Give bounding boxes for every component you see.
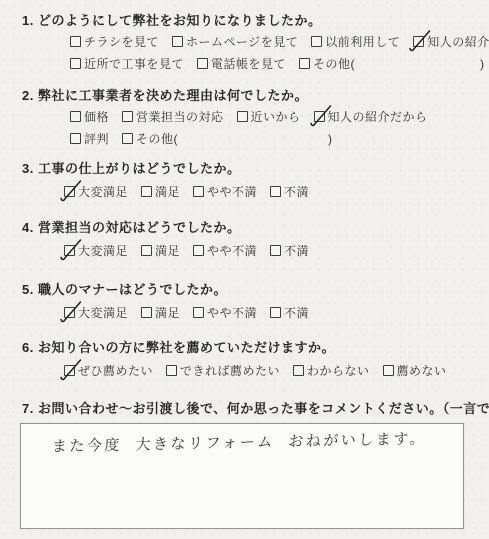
checkbox-icon — [270, 186, 281, 197]
question-3: 3. 工事の仕上がりはどうでしたか。大変満足満足やや不満不満 — [22, 160, 489, 201]
option-label: わからない — [307, 364, 370, 378]
checkbox-option: できれば薦めたい — [166, 364, 280, 378]
question-title: 1. どのようにして弊社をお知りになりましたか。 — [22, 12, 489, 29]
option-label: 営業担当の対応 — [136, 110, 224, 124]
checkbox-option: チラシを見て — [70, 35, 159, 49]
checkbox-icon — [237, 111, 248, 122]
option-label: 価格 — [84, 110, 109, 124]
question-title: 5. 職人のマナーはどうでしたか。 — [22, 281, 489, 298]
checkbox-option: わからない — [293, 364, 370, 378]
checkbox-icon — [64, 365, 75, 376]
checkbox-icon — [193, 186, 204, 197]
checkbox-icon — [70, 58, 81, 69]
option-label: 不満 — [284, 244, 309, 258]
checkbox-option: やや不満 — [193, 306, 257, 320]
checkbox-icon — [70, 36, 81, 47]
scanned-survey-page: 1. どのようにして弊社をお知りになりましたか。チラシを見てホームページを見て以… — [0, 0, 489, 539]
option-label: 近いから — [251, 110, 301, 124]
question-title: 6. お知り合いの方に弊社を薦めていただけますか。 — [22, 339, 489, 356]
question-number: 5. — [22, 282, 34, 297]
option-label: その他( ) — [313, 57, 485, 71]
checkbox-icon — [141, 186, 152, 197]
option-label: ホームページを見て — [186, 35, 298, 49]
checkbox-option: 近所で工事を見て — [70, 57, 184, 71]
question-title: 7. お問い合わせ～お引渡し後で、何か思った事をコメントください。（一言でも可） — [22, 400, 489, 417]
checkbox-icon — [270, 245, 281, 256]
checkbox-icon — [141, 307, 152, 318]
checkbox-icon — [193, 245, 204, 256]
options-row: チラシを見てホームページを見て以前利用して知人の紹介 — [22, 33, 489, 51]
checkbox-icon — [172, 36, 183, 47]
checkbox-icon — [197, 58, 208, 69]
checkbox-icon — [311, 36, 322, 47]
checkbox-icon — [270, 307, 281, 318]
checkbox-icon — [314, 111, 325, 122]
checkbox-icon — [299, 58, 310, 69]
checkbox-option: やや不満 — [193, 185, 257, 199]
option-label: やや不満 — [207, 185, 257, 199]
options-row: 価格営業担当の対応近いから知人の紹介だから — [22, 108, 489, 126]
option-label: 薦めない — [397, 364, 447, 378]
checkbox-icon — [193, 307, 204, 318]
option-label: できれば薦めたい — [180, 364, 280, 378]
options-row: 近所で工事を見て電話帳を見てその他( ) — [22, 55, 489, 73]
option-label: 電話帳を見て — [211, 57, 286, 71]
option-label: 不満 — [284, 306, 309, 320]
checkbox-icon — [122, 111, 133, 122]
option-label: 知人の紹介 — [427, 35, 489, 49]
checkbox-icon — [64, 307, 75, 318]
checkbox-icon — [70, 133, 81, 144]
question-title: 3. 工事の仕上がりはどうでしたか。 — [22, 160, 489, 177]
question-text: どのようにして弊社をお知りになりましたか。 — [38, 13, 322, 28]
handwritten-comment: また今度 大きなリフォーム おねがいします。 — [19, 415, 463, 457]
checkbox-option: やや不満 — [193, 244, 257, 258]
question-7: 7. お問い合わせ～お引渡し後で、何か思った事をコメントください。（一言でも可）… — [22, 400, 489, 417]
options-row: 大変満足満足やや不満不満 — [22, 242, 489, 260]
options-row: 大変満足満足やや不満不満 — [22, 304, 489, 322]
question-title: 2. 弊社に工事業者を決めた理由は何でしたか。 — [22, 87, 489, 104]
checkbox-icon — [64, 245, 75, 256]
question-4: 4. 営業担当の対応はどうでしたか。大変満足満足やや不満不満 — [22, 219, 489, 260]
checkbox-option: 満足 — [141, 306, 180, 320]
checkbox-option: 以前利用して — [311, 35, 400, 49]
option-label: 満足 — [155, 244, 180, 258]
checkbox-option: 不満 — [270, 244, 309, 258]
options-row: 大変満足満足やや不満不満 — [22, 183, 489, 201]
question-2: 2. 弊社に工事業者を決めた理由は何でしたか。価格営業担当の対応近いから知人の紹… — [22, 87, 489, 148]
question-number: 7. — [22, 401, 34, 416]
option-label: 満足 — [155, 185, 180, 199]
options-row: ぜひ薦めたいできれば薦めたいわからない薦めない — [22, 362, 489, 380]
option-label: やや不満 — [207, 306, 257, 320]
checkbox-option: 近いから — [237, 110, 301, 124]
checkbox-icon — [166, 365, 177, 376]
checkbox-option: 知人の紹介だから — [314, 110, 428, 124]
question-number: 2. — [22, 88, 34, 103]
option-label: やや不満 — [207, 244, 257, 258]
checkbox-option: 大変満足 — [64, 185, 128, 199]
option-label: その他( ) — [136, 132, 333, 146]
checkbox-option: 満足 — [141, 244, 180, 258]
checkbox-icon — [64, 186, 75, 197]
checkbox-option: その他( ) — [122, 132, 333, 146]
question-number: 4. — [22, 220, 34, 235]
checkbox-icon — [70, 111, 81, 122]
checkbox-option: 営業担当の対応 — [122, 110, 224, 124]
question-number: 3. — [22, 161, 34, 176]
checkbox-option: 価格 — [70, 110, 109, 124]
option-label: 知人の紹介だから — [328, 110, 428, 124]
option-label: 近所で工事を見て — [84, 57, 184, 71]
checkbox-option: 薦めない — [383, 364, 447, 378]
checkbox-option: 不満 — [270, 306, 309, 320]
option-label: 大変満足 — [78, 306, 128, 320]
comment-box: また今度 大きなリフォーム おねがいします。 — [20, 423, 464, 529]
checkbox-option: ぜひ薦めたい — [64, 364, 153, 378]
option-label: 大変満足 — [78, 244, 128, 258]
question-text: 営業担当の対応はどうでしたか。 — [38, 220, 241, 235]
checkbox-icon — [413, 36, 424, 47]
option-label: 不満 — [284, 185, 309, 199]
question-text: 職人のマナーはどうでしたか。 — [38, 282, 227, 297]
question-title: 4. 営業担当の対応はどうでしたか。 — [22, 219, 489, 236]
question-text: 弊社に工事業者を決めた理由は何でしたか。 — [38, 88, 308, 103]
option-label: 以前利用して — [325, 35, 400, 49]
question-text: 工事の仕上がりはどうでしたか。 — [38, 161, 241, 176]
question-text: お知り合いの方に弊社を薦めていただけますか。 — [38, 340, 335, 355]
checkbox-option: ホームページを見て — [172, 35, 298, 49]
checkbox-option: 不満 — [270, 185, 309, 199]
checkbox-option: その他( ) — [299, 57, 485, 71]
question-6: 6. お知り合いの方に弊社を薦めていただけますか。ぜひ薦めたいできれば薦めたいわ… — [22, 339, 489, 380]
checkbox-icon — [293, 365, 304, 376]
option-label: 評判 — [84, 132, 109, 146]
options-row: 評判その他( ) — [22, 130, 489, 148]
option-label: 満足 — [155, 306, 180, 320]
checkbox-icon — [383, 365, 394, 376]
checkbox-option: 大変満足 — [64, 244, 128, 258]
question-5: 5. 職人のマナーはどうでしたか。大変満足満足やや不満不満 — [22, 281, 489, 322]
option-label: 大変満足 — [78, 185, 128, 199]
checkbox-icon — [122, 133, 133, 144]
checkbox-icon — [141, 245, 152, 256]
checkbox-option: 知人の紹介 — [413, 35, 489, 49]
checkbox-option: 大変満足 — [64, 306, 128, 320]
question-number: 6. — [22, 340, 34, 355]
checkbox-option: 評判 — [70, 132, 109, 146]
question-text: お問い合わせ～お引渡し後で、何か思った事をコメントください。（一言でも可） — [38, 401, 489, 416]
checkbox-option: 満足 — [141, 185, 180, 199]
checkbox-option: 電話帳を見て — [197, 57, 286, 71]
option-label: チラシを見て — [84, 35, 159, 49]
option-label: ぜひ薦めたい — [78, 364, 153, 378]
question-number: 1. — [22, 13, 34, 28]
question-1: 1. どのようにして弊社をお知りになりましたか。チラシを見てホームページを見て以… — [22, 12, 489, 73]
